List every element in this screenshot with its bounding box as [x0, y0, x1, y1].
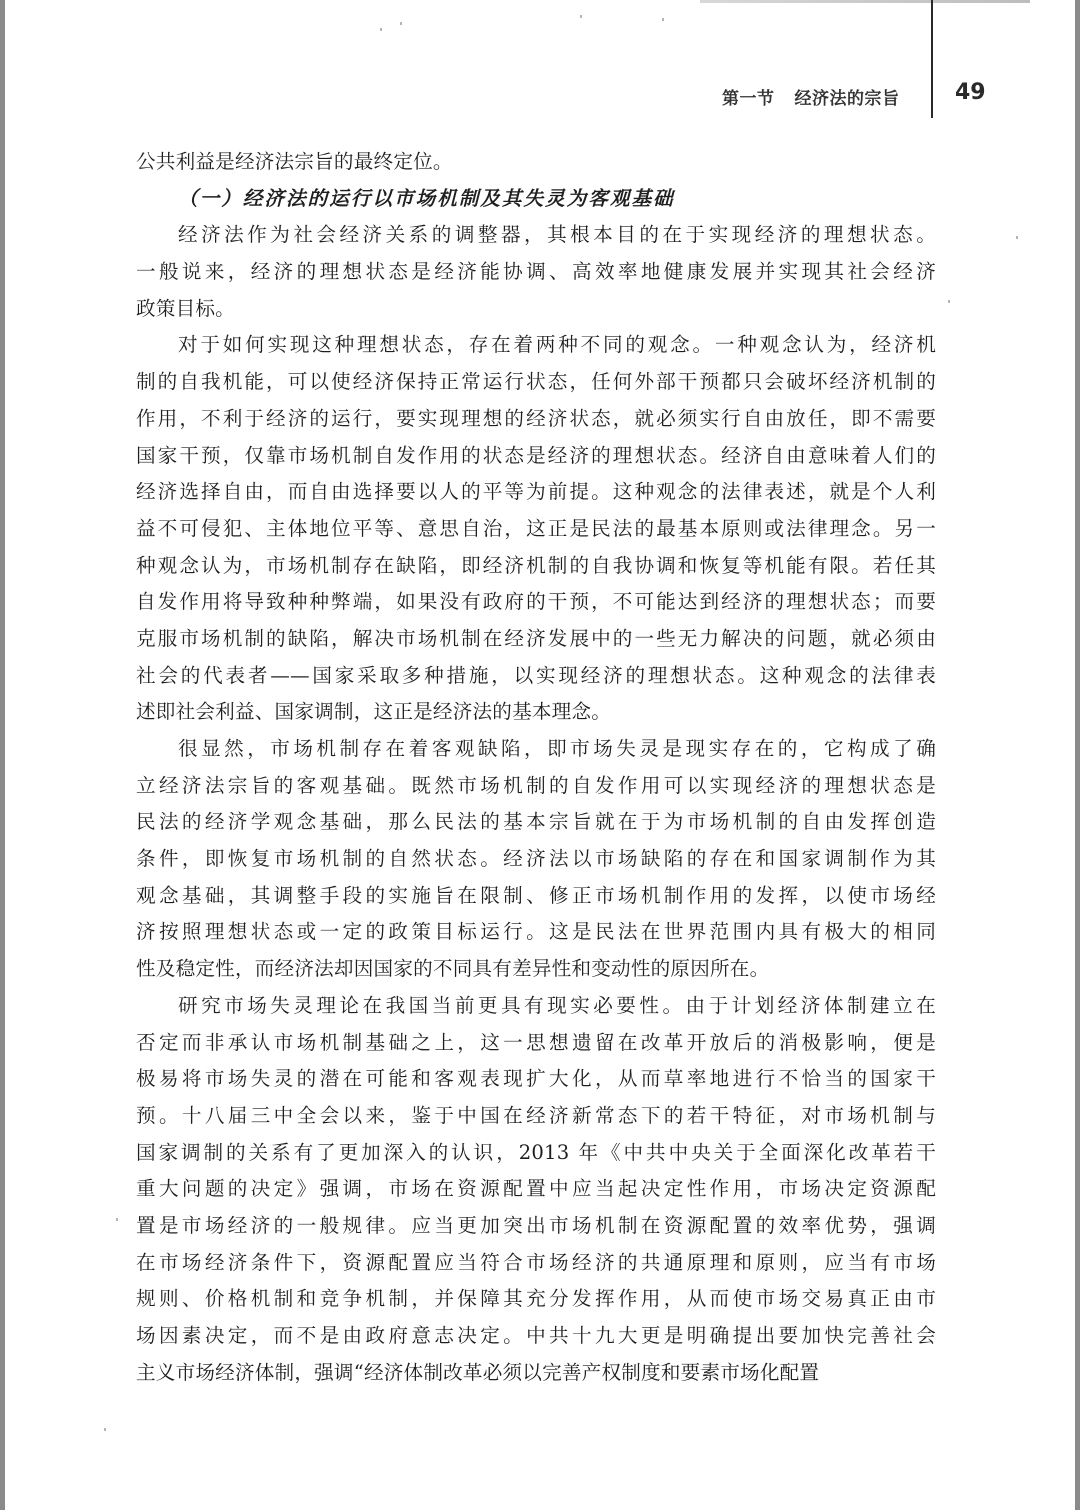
- page-body: 公共利益是经济法宗旨的最终定位。（一）经济法的运行以市场机制及其失灵为客观基础经…: [136, 144, 936, 1391]
- section-subheading: （一）经济法的运行以市场机制及其失灵为客观基础: [136, 181, 936, 218]
- paragraph-line: 作用，不利于经济的运行，要实现理想的经济状态，就必须实行自由放任，即不需要: [136, 401, 936, 438]
- paragraph-line: 研究市场失灵理论在我国当前更具有现实必要性。由于计划经济体制建立在: [136, 988, 936, 1025]
- paragraph-line: 国家调制的关系有了更加深入的认识，2013 年《中共中央关于全面深化改革若干: [136, 1135, 936, 1172]
- paragraph-line: 性及稳定性，而经济法却因国家的不同具有差异性和变动性的原因所在。: [136, 951, 936, 988]
- header-chapter-title: 经济法的宗旨: [795, 84, 900, 109]
- paragraph-line: 重大问题的决定》强调，市场在资源配置中应当起决定性作用，市场决定资源配: [136, 1171, 936, 1208]
- scan-speck: [1016, 236, 1018, 239]
- paragraph-line: 国家干预，仅靠市场机制自发作用的状态是经济的理想状态。经济自由意味着人们的: [136, 438, 936, 475]
- paragraph-line: 主义市场经济体制，强调“经济体制改革必须以完善产权制度和要素市场化配置: [136, 1355, 936, 1392]
- paragraph-line: 一般说来，经济的理想状态是经济能协调、高效率地健康发展并实现其社会经济: [136, 254, 936, 291]
- scan-speck: [380, 28, 382, 31]
- paragraph-line: 种观念认为，市场机制存在缺陷，即经济机制的自我协调和恢复等机能有限。若任其: [136, 548, 936, 585]
- scan-speck: [104, 1428, 106, 1431]
- paragraph-line: 立经济法宗旨的客观基础。既然市场机制的自发作用可以实现经济的理想状态是: [136, 768, 936, 805]
- paragraph-line: 述即社会利益、国家调制，这正是经济法的基本理念。: [136, 694, 936, 731]
- scan-speck: [948, 300, 950, 303]
- paragraph-line: 场因素决定，而不是由政府意志决定。中共十九大更是明确提出要加快完善社会: [136, 1318, 936, 1355]
- paragraph-line: 经济法作为社会经济关系的调整器，其根本目的在于实现经济的理想状态。: [136, 217, 936, 254]
- page-number: 49: [955, 80, 986, 105]
- paragraph-line: 规则、价格机制和竞争机制，并保障其充分发挥作用，从而使市场交易真正由市: [136, 1281, 936, 1318]
- running-header: 第一节 经济法的宗旨: [722, 80, 900, 112]
- paragraph-line: 民法的经济学观念基础，那么民法的基本宗旨就在于为市场机制的自由发挥创造: [136, 804, 936, 841]
- header-section-label: 第一节: [722, 84, 775, 109]
- scan-border-right: [1075, 0, 1080, 1510]
- scan-border-left: [0, 0, 5, 1510]
- paragraph-line: 制的自我机能，可以使经济保持正常运行状态，任何外部干预都只会破坏经济机制的: [136, 364, 936, 401]
- scan-top-shadow: [700, 0, 1030, 3]
- scan-speck: [580, 15, 582, 18]
- paragraph-line: 益不可侵犯、主体地位平等、意思自治，这正是民法的最基本原则或法律理念。另一: [136, 511, 936, 548]
- paragraph-line: 观念基础，其调整手段的实施旨在限制、修正市场机制作用的发挥，以使市场经: [136, 878, 936, 915]
- paragraph-line: 济按照理想状态或一定的政策目标运行。这是民法在世界范围内具有极大的相同: [136, 914, 936, 951]
- header-divider-rule: [931, 0, 933, 118]
- paragraph-line: 自发作用将导致种种弊端，如果没有政府的干预，不可能达到经济的理想状态；而要: [136, 584, 936, 621]
- paragraph-line: 否定而非承认市场机制基础之上，这一思想遗留在改革开放后的消极影响，便是: [136, 1025, 936, 1062]
- paragraph-line: 克服市场机制的缺陷，解决市场机制在经济发展中的一些无力解决的问题，就必须由: [136, 621, 936, 658]
- paragraph-line: 置是市场经济的一般规律。应当更加突出市场机制在资源配置的效率优势，强调: [136, 1208, 936, 1245]
- paragraph-line: 极易将市场失灵的潜在可能和客观表现扩大化，从而草率地进行不恰当的国家干: [136, 1061, 936, 1098]
- paragraph-line: 在市场经济条件下，资源配置应当符合市场经济的共通原理和原则，应当有市场: [136, 1245, 936, 1282]
- paragraph-line: 条件，即恢复市场机制的自然状态。经济法以市场缺陷的存在和国家调制作为其: [136, 841, 936, 878]
- scan-speck: [400, 22, 402, 25]
- scan-speck: [116, 1218, 118, 1221]
- paragraph-line: 对于如何实现这种理想状态，存在着两种不同的观念。一种观念认为，经济机: [136, 327, 936, 364]
- paragraph-line: 公共利益是经济法宗旨的最终定位。: [136, 144, 936, 181]
- paragraph-line: 政策目标。: [136, 291, 936, 328]
- paragraph-line: 社会的代表者——国家采取多种措施，以实现经济的理想状态。这种观念的法律表: [136, 658, 936, 695]
- paragraph-line: 很显然，市场机制存在着客观缺陷，即市场失灵是现实存在的，它构成了确: [136, 731, 936, 768]
- scan-speck: [662, 18, 664, 21]
- paragraph-line: 预。十八届三中全会以来，鉴于中国在经济新常态下的若干特征，对市场机制与: [136, 1098, 936, 1135]
- paragraph-line: 经济选择自由，而自由选择要以人的平等为前提。这种观念的法律表述，就是个人利: [136, 474, 936, 511]
